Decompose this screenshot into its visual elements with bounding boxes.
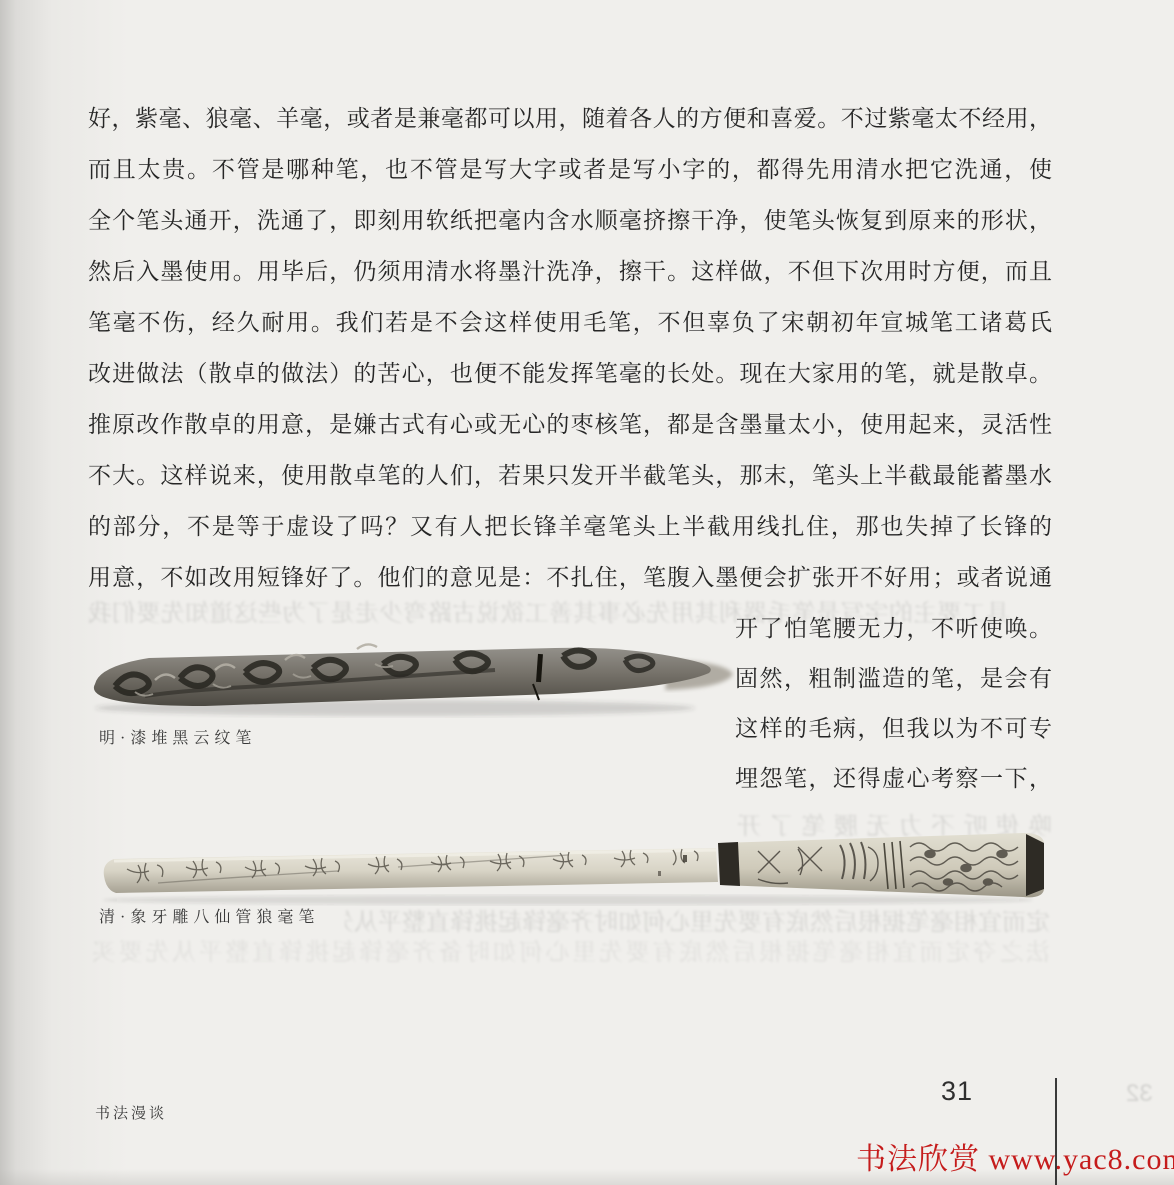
bleedthrough-text: 法之夺定而宜相毫笔据根后然底有要先里心何如时备齐毫锋起挑锋直整平从先要买	[92, 938, 1050, 968]
figure-caption-ming-brush: 明·漆堆黑云纹笔	[99, 727, 256, 751]
bleedthrough-text: 定而宜相毫笔据根后然底有要先里心何如时齐毫锋起挑锋直整平从先要买	[345, 908, 1050, 938]
body-text-line: 这样的毛病，但我以为不可专	[735, 704, 1052, 754]
body-text-line: 然后入墨使用。用毕后，仍须用清水将墨汁洗净，擦干。这样做，不但下次用时方便，而且	[88, 246, 1052, 297]
brush-photo-qing-ivory	[98, 831, 1050, 907]
body-text-line: 全个笔头通开，洗通了，即刻用软纸把毫内含水顺毫挤擦干净，使笔头恢复到原来的形状，	[88, 195, 1052, 246]
body-text-line: 改进做法（散卓的做法）的苦心，也便不能发挥笔毫的长处。现在大家用的笔，就是散卓。	[88, 348, 1052, 399]
brush-photo-ming-lacquer-art	[85, 640, 735, 725]
body-text-line: 不大。这样说来，使用散卓笔的人们，若果只发开半截笔头，那末，笔头上半截最能蓄墨水	[88, 450, 1052, 501]
body-text-line: 推原改作散卓的用意，是嫌古式有心或无心的枣核笔，都是含墨量太小，使用起来，灵活性	[88, 399, 1052, 450]
brush-photo-ming-lacquer	[85, 640, 735, 725]
figure-caption-qing-brush: 清·象牙雕八仙管狼毫笔	[99, 906, 319, 930]
body-text-line: 好，紫毫、狼毫、羊毫，或者是兼毫都可以用，随着各人的方便和喜爱。不过紫毫太不经用…	[88, 93, 1052, 144]
body-text-line: 开了怕笔腰无力，不听使唤。	[735, 604, 1052, 654]
body-text-line: 笔毫不伤，经久耐用。我们若是不会这样使用毛笔，不但辜负了宋朝初年宣城笔工诸葛氏	[88, 297, 1052, 348]
page-number: 31	[941, 1076, 973, 1107]
main-paragraph: 好，紫毫、狼毫、羊毫，或者是兼毫都可以用，随着各人的方便和喜爱。不过紫毫太不经用…	[88, 93, 1052, 603]
bleedthrough-page-number: 32	[1126, 1080, 1153, 1108]
body-text-line: 而且太贵。不管是哪种笔，也不管是写大字或者是写小字的，都得先用清水把它洗通，使	[88, 144, 1052, 195]
website-watermark: 书法欣赏 www.yac8.com	[856, 1134, 1174, 1178]
footer-divider-line	[1055, 1078, 1057, 1185]
scanned-book-page: 具工要主的字写是笔毛器利其用先必事其善工欲说古路弯少走是了为些这道知先要们我 唤…	[0, 0, 1174, 1185]
body-text-line: 的部分，不是等于虚设了吗？又有人把长锋羊毫笔头上半截用线扎住，那也失掉了长锋的	[88, 501, 1052, 552]
body-text-line: 固然，粗制滥造的笔，是会有	[735, 654, 1052, 704]
body-text-line: 埋怨笔，还得虚心考察一下，	[735, 754, 1052, 804]
body-text-line: 用意，不如改用短锋好了。他们的意见是：不扎住，笔腹入墨便会扩张开不好用；或者说通	[88, 552, 1052, 603]
footer-book-title: 书法漫谈	[95, 1102, 167, 1123]
right-column-paragraph: 开了怕笔腰无力，不听使唤。 固然，粗制滥造的笔，是会有 这样的毛病，但我以为不可…	[735, 604, 1052, 804]
brush-photo-qing-ivory-art	[98, 831, 1050, 907]
